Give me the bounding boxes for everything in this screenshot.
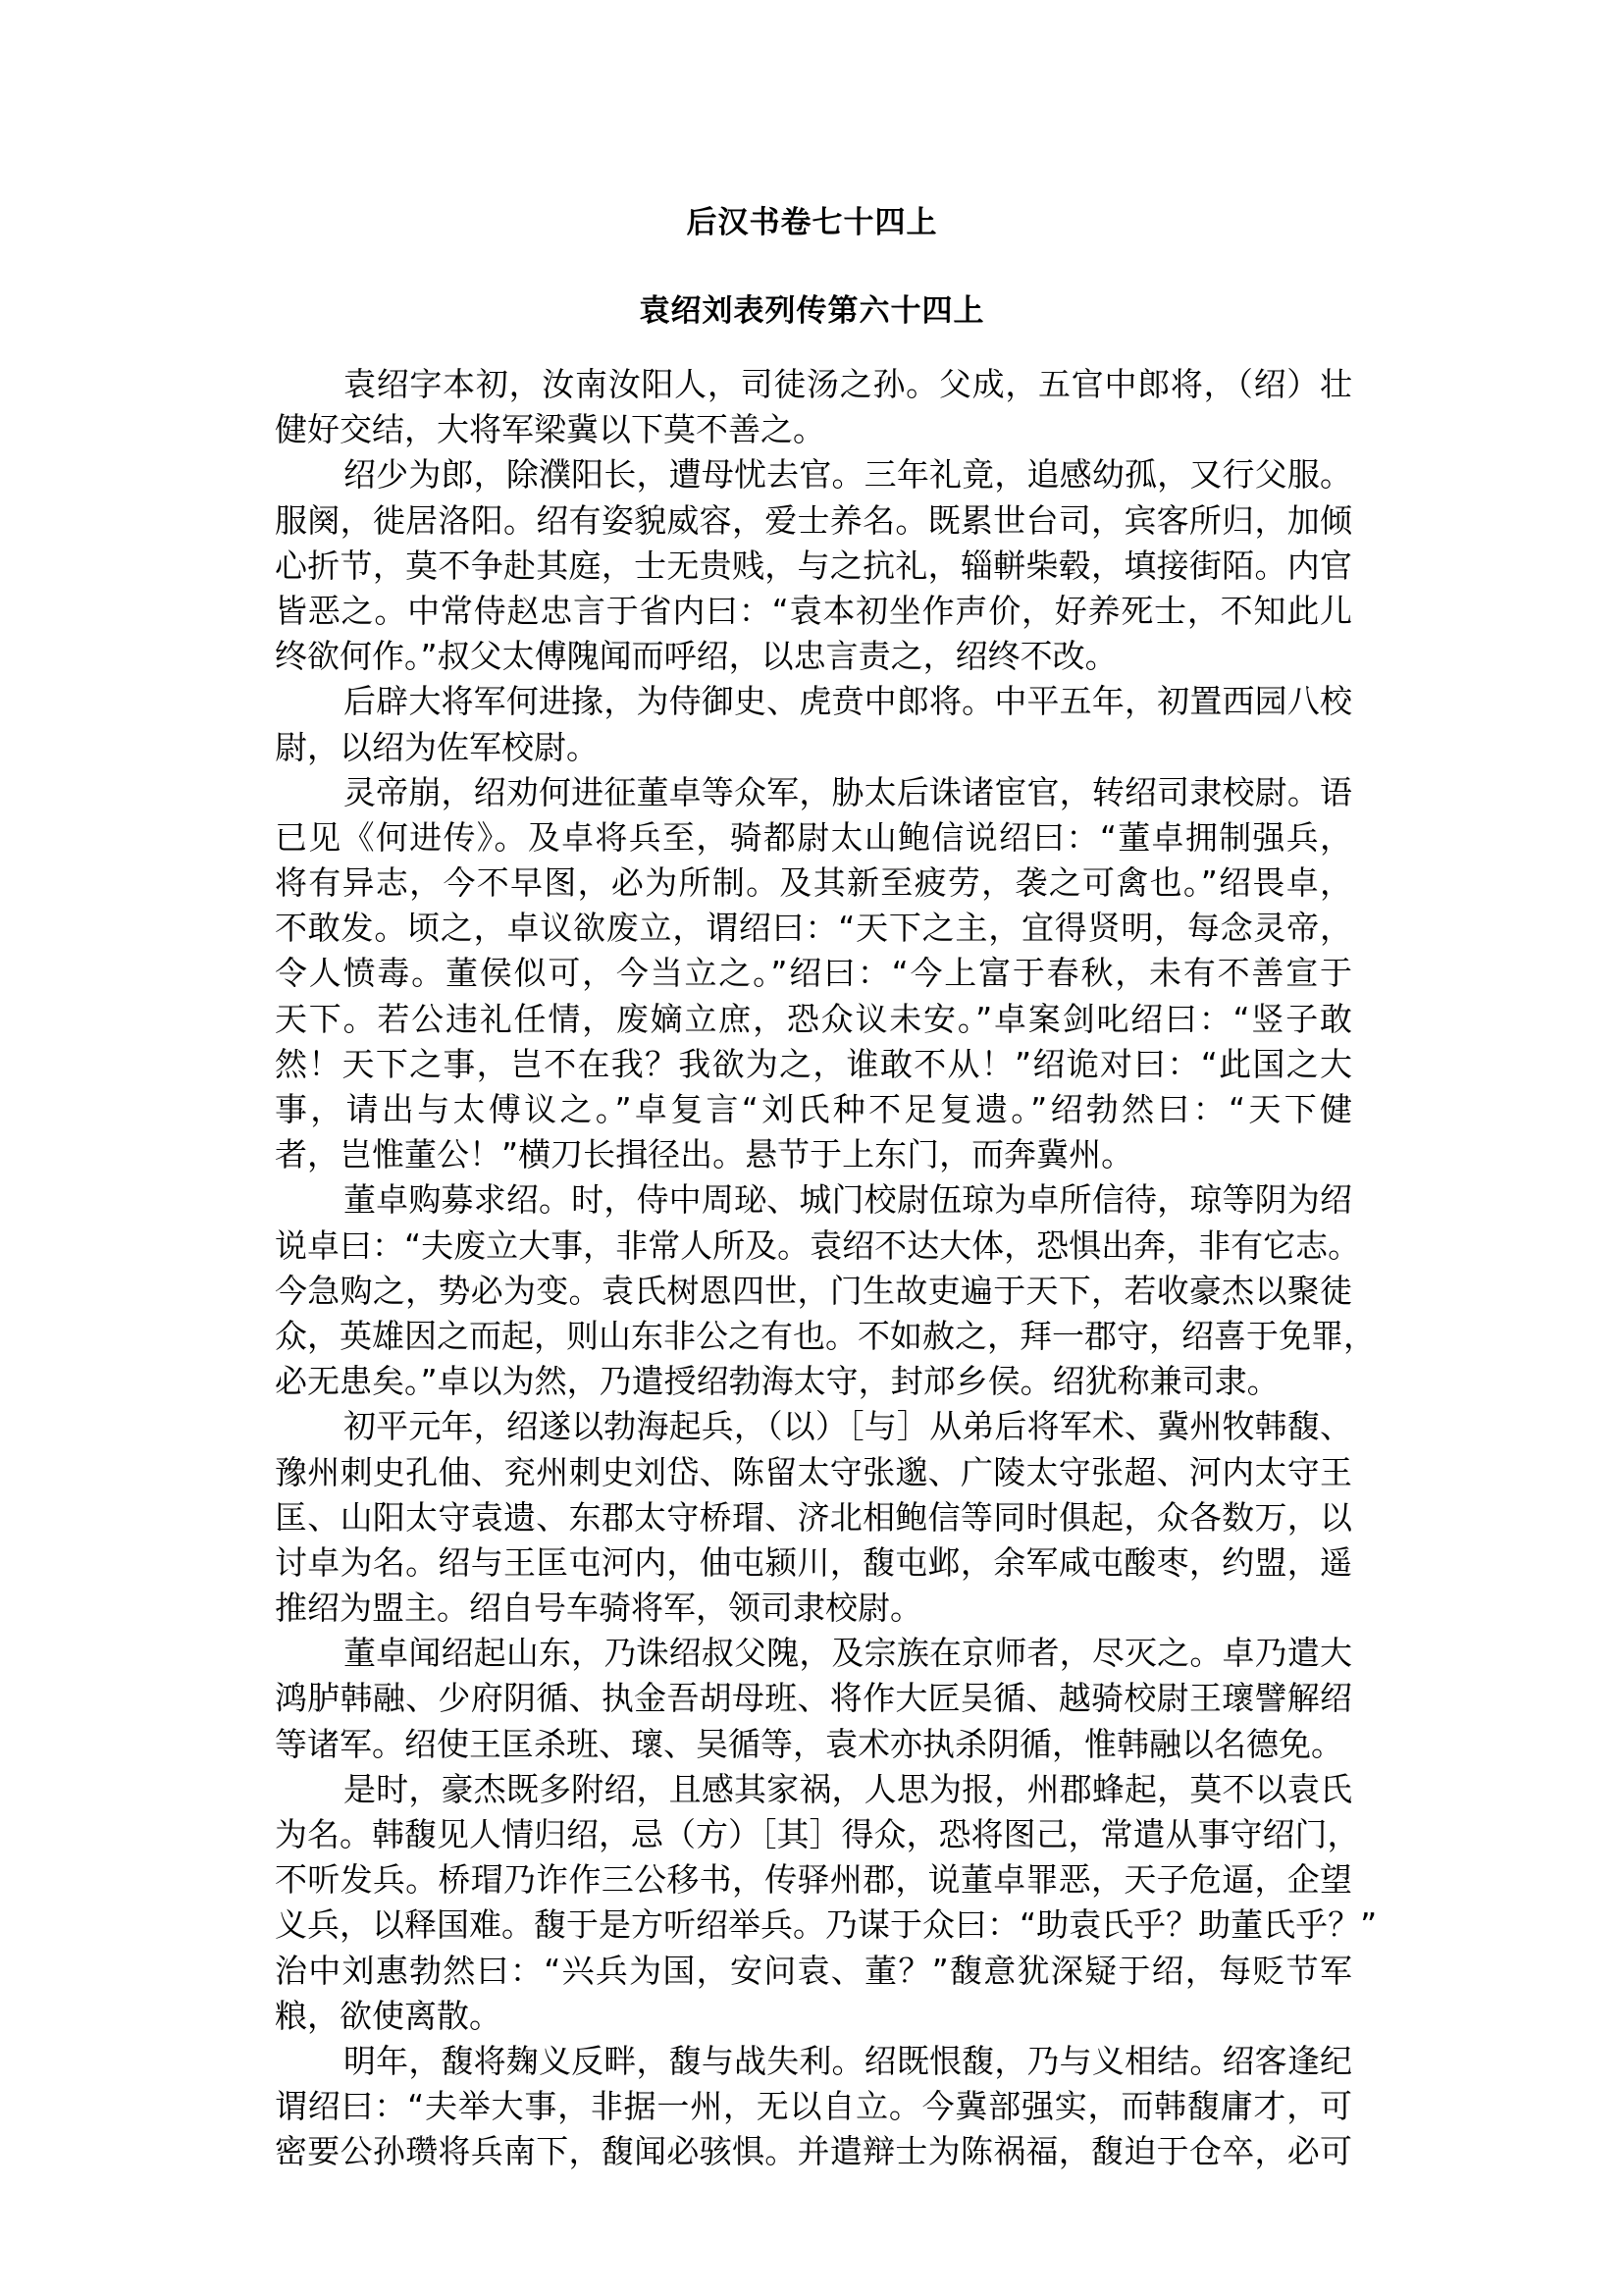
text-line: 事，请出与太傅议之。”卓复言“刘氏种不足复遗。”绍勃然曰：“天下健 <box>275 1087 1352 1132</box>
text-line: 讨卓为名。绍与王匡屯河内，伷屯颍川，馥屯邺，余军咸屯酸枣，约盟，遥 <box>275 1540 1352 1586</box>
text-line: 者，岂惟董公！”横刀长揖径出。悬节于上东门，而奔冀州。 <box>275 1132 1352 1177</box>
text-line: 终欲何作。”叔父太傅隗闻而呼绍，以忠言责之，绍终不改。 <box>275 634 1352 679</box>
text-line: 不听发兵。桥瑁乃诈作三公移书，传驿州郡，说董卓罪恶，天子危逼，企望 <box>275 1857 1352 1903</box>
text-line: 已见《何进传》。及卓将兵至，骑都尉太山鲍信说绍曰：“董卓拥制强兵， <box>275 815 1352 860</box>
text-line: 治中刘惠勃然曰：“兴兵为国，安问袁、董？”馥意犹深疑于绍，每贬节军 <box>275 1949 1352 1994</box>
paragraph-start-line: 后辟大将军何进掾，为侍御史、虎贲中郎将。中平五年，初置西园八校 <box>275 679 1352 724</box>
text-line: 推绍为盟主。绍自号车骑将军，领司隶校尉。 <box>275 1586 1352 1631</box>
paragraph-start-line: 是时，豪杰既多附绍，且感其家祸，人思为报，州郡蜂起，莫不以袁氏 <box>275 1767 1352 1812</box>
paragraph-start-line: 袁绍字本初，汝南汝阳人，司徒汤之孙。父成，五官中郎将，（绍）壮 <box>275 362 1352 407</box>
text-line: 尉，以绍为佐军校尉。 <box>275 725 1352 770</box>
chapter-title: 袁绍刘表列传第六十四上 <box>0 291 1624 331</box>
text-line: 健好交结，大将军梁冀以下莫不善之。 <box>275 407 1352 452</box>
text-line: 必无患矣。”卓以为然，乃遣授绍勃海太守，封邟乡侯。绍犹称兼司隶。 <box>275 1359 1352 1404</box>
text-line: 说卓曰：“夫废立大事，非常人所及。袁绍不达大体，恐惧出奔，非有它志。 <box>275 1224 1352 1269</box>
text-line: 密要公孙瓒将兵南下，馥闻必骇惧。并遣辩士为陈祸福，馥迫于仓卒，必可 <box>275 2129 1352 2174</box>
text-line: 谓绍曰：“夫举大事，非据一州，无以自立。今冀部强实，而韩馥庸才，可 <box>275 2084 1352 2129</box>
text-line: 心折节，莫不争赴其庭，士无贵贱，与之抗礼，辎軿柴毂，填接街陌。内官 <box>275 544 1352 589</box>
text-line: 皆恶之。中常侍赵忠言于省内曰：“袁本初坐作声价，好养死士，不知此儿 <box>275 589 1352 634</box>
text-line: 服阕，徙居洛阳。绍有姿貌威容，爱士养名。既累世台司，宾客所归，加倾 <box>275 498 1352 544</box>
paragraph-start-line: 明年，馥将麹义反畔，馥与战失利。绍既恨馥，乃与义相结。绍客逢纪 <box>275 2039 1352 2084</box>
document-body: 袁绍字本初，汝南汝阳人，司徒汤之孙。父成，五官中郎将，（绍）壮健好交结，大将军梁… <box>275 362 1352 2175</box>
text-line: 为名。韩馥见人情归绍，忌（方）［其］得众，恐将图己，常遣从事守绍门， <box>275 1812 1352 1857</box>
text-line: 令人愤毒。董侯似可，今当立之。”绍曰：“今上富于春秋，未有不善宣于 <box>275 951 1352 996</box>
paragraph-start-line: 绍少为郎，除濮阳长，遭母忧去官。三年礼竟，追感幼孤，又行父服。 <box>275 452 1352 497</box>
text-line: 众，英雄因之而起，则山东非公之有也。不如赦之，拜一郡守，绍喜于免罪， <box>275 1314 1352 1359</box>
text-line: 匡、山阳太守袁遗、东郡太守桥瑁、济北相鲍信等同时俱起，众各数万，以 <box>275 1495 1352 1540</box>
text-line: 豫州刺史孔伷、兖州刺史刘岱、陈留太守张邈、广陵太守张超、河内太守王 <box>275 1450 1352 1495</box>
text-line: 不敢发。顷之，卓议欲废立，谓绍曰：“天下之主，宜得贤明，每念灵帝， <box>275 906 1352 951</box>
paragraph-start-line: 灵帝崩，绍劝何进征董卓等众军，胁太后诛诸宦官，转绍司隶校尉。语 <box>275 770 1352 815</box>
text-line: 然！天下之事，岂不在我？我欲为之，谁敢不从！”绍诡对曰：“此国之大 <box>275 1042 1352 1087</box>
paragraph-start-line: 初平元年，绍遂以勃海起兵，（以）［与］从弟后将军术、冀州牧韩馥、 <box>275 1404 1352 1449</box>
paragraph-start-line: 董卓购募求绍。时，侍中周珌、城门校尉伍琼为卓所信待，琼等阴为绍 <box>275 1177 1352 1223</box>
text-line: 粮，欲使离散。 <box>275 1994 1352 2039</box>
paragraph-start-line: 董卓闻绍起山东，乃诛绍叔父隗，及宗族在京师者，尽灭之。卓乃遣大 <box>275 1631 1352 1676</box>
document-page: 后汉书卷七十四上 袁绍刘表列传第六十四上 袁绍字本初，汝南汝阳人，司徒汤之孙。父… <box>0 0 1624 2294</box>
text-line: 义兵，以释国难。馥于是方听绍举兵。乃谋于众曰：“助袁氏乎？助董氏乎？” <box>275 1903 1352 1948</box>
book-title: 后汉书卷七十四上 <box>0 203 1624 242</box>
text-line: 今急购之，势必为变。袁氏树恩四世，门生故吏遍于天下，若收豪杰以聚徒 <box>275 1269 1352 1314</box>
text-line: 天下。若公违礼任情，废嫡立庶，恐众议未安。”卓案剑叱绍曰：“竖子敢 <box>275 997 1352 1042</box>
text-line: 鸿胪韩融、少府阴循、执金吾胡母班、将作大匠吴循、越骑校尉王瓌譬解绍 <box>275 1676 1352 1721</box>
text-line: 将有异志，今不早图，必为所制。及其新至疲劳，袭之可禽也。”绍畏卓， <box>275 860 1352 906</box>
text-line: 等诸军。绍使王匡杀班、瓌、吴循等，袁术亦执杀阴循，惟韩融以名德免。 <box>275 1722 1352 1767</box>
